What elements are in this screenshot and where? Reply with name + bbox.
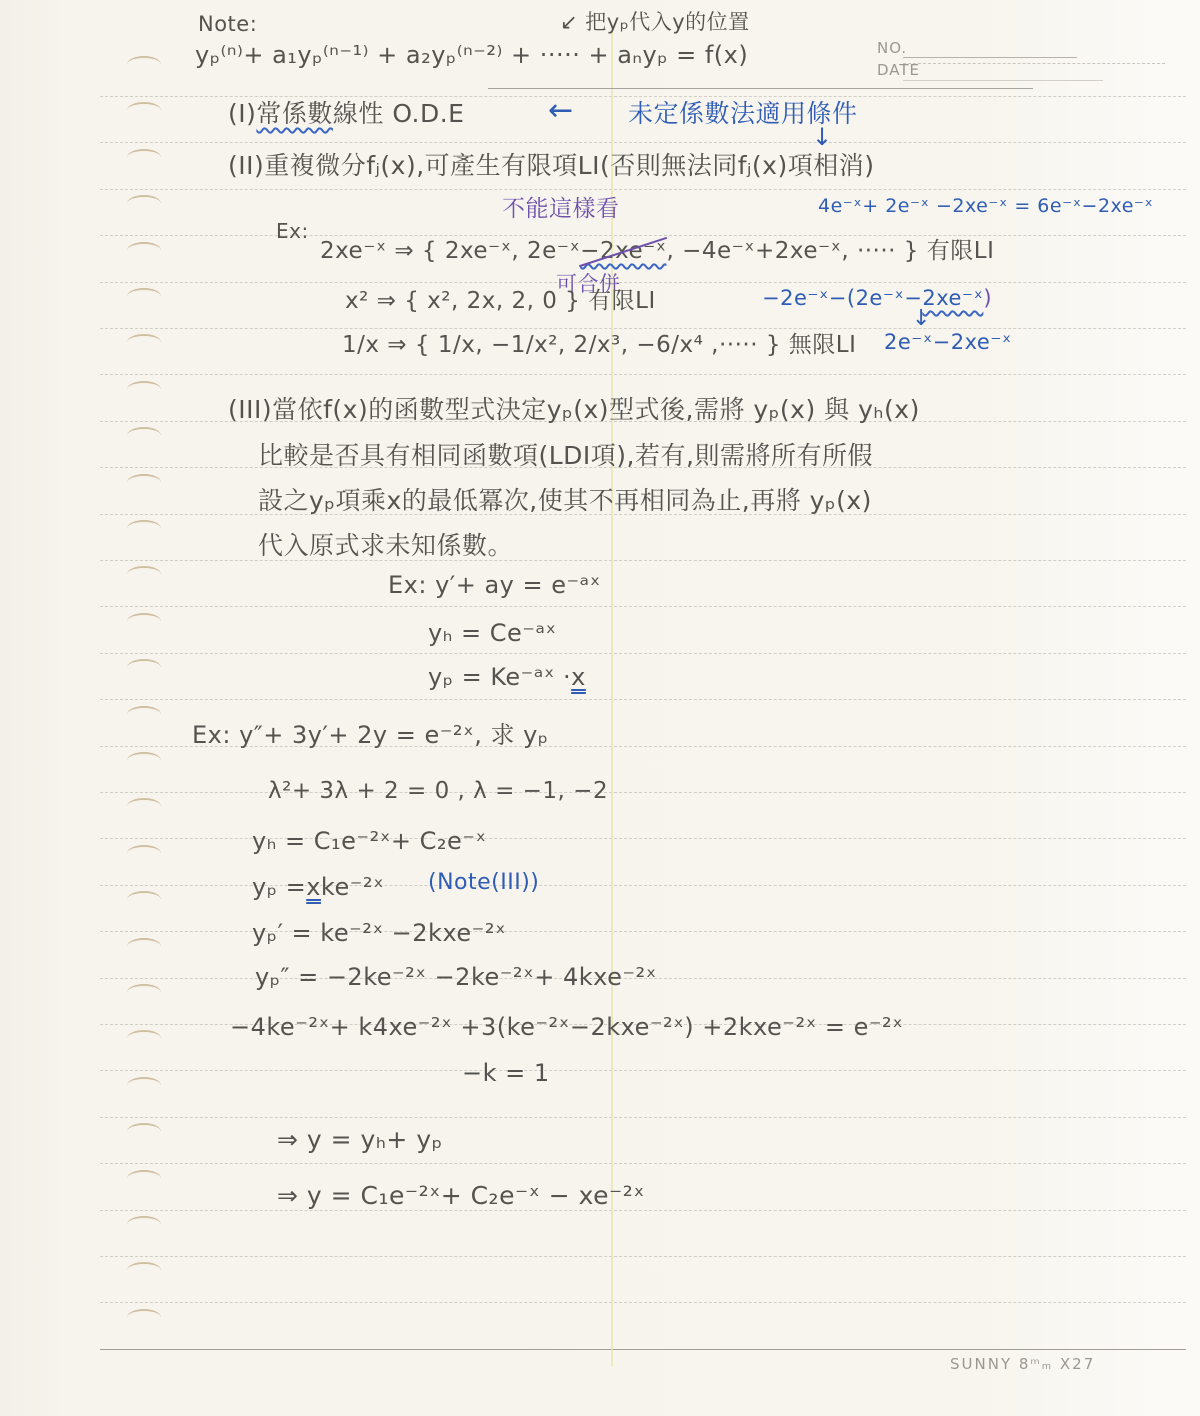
ruled-line [100, 328, 1186, 329]
ruled-line [100, 653, 1186, 654]
blue-simplification-1: 4e⁻ˣ+ 2e⁻ˣ −2xe⁻ˣ = 6e⁻ˣ−2xe⁻ˣ [818, 196, 1153, 218]
binder-arc [127, 659, 161, 676]
point-3-line-2: 比較是否具有相同函數項(LDI項),若有,則需將所有所假 [258, 442, 873, 471]
binder-arc [127, 1123, 161, 1140]
no-field-line [903, 57, 1077, 58]
no-label: NO. [877, 40, 907, 57]
ruled-line [100, 1349, 1186, 1350]
point-3-line-3: 設之yₚ項乘x的最低冪次,使其不再相同為止,再將 yₚ(x) [258, 487, 872, 516]
down-arrow-annotation: ↓ [812, 124, 833, 152]
binder-arc [127, 427, 161, 444]
ex4-yp-x-factor: x [571, 664, 586, 692]
ex4-yp-pre: yₚ = Ke⁻ᵃˣ · [428, 664, 571, 692]
left-arrow-annotation: ← [548, 94, 574, 129]
ex5-yp-pre: yₚ = [252, 874, 306, 902]
binder-arc [127, 102, 161, 119]
ruled-line [100, 1163, 1186, 1164]
ex5-yp-post: ke⁻²ˣ [321, 874, 384, 902]
binder-arc [127, 706, 161, 723]
point-1-keyword: 常係數 [256, 100, 333, 129]
binder-arc [127, 845, 161, 862]
formula-underline [488, 88, 1033, 89]
ex1-struck-term: −2xe⁻ˣ [580, 238, 666, 264]
ex4-equation: Ex: y′+ ay = e⁻ᵃˣ [388, 572, 601, 600]
binder-arc [127, 334, 161, 351]
binder-arc [127, 474, 161, 491]
binder-arc [127, 752, 161, 769]
ruled-line [100, 189, 1186, 190]
binder-arc [127, 288, 161, 305]
ruled-line [100, 699, 1186, 700]
ex4-particular: yₚ = Ke⁻ᵃˣ · x [428, 664, 586, 692]
ruled-line [100, 1256, 1186, 1257]
paper-brand-footer: SUNNY 8ᵐₘ X27 [950, 1356, 1095, 1373]
ex5-yp-x-factor: x [306, 874, 321, 902]
blue2-close-paren: ) [983, 286, 992, 310]
blue2-pre: −2e⁻ˣ−(2e⁻ˣ− [762, 286, 922, 310]
point-3-line-1: (III)當依f(x)的函數型式決定yₚ(x)型式後,需將 yₚ(x) 與 yₕ… [228, 396, 920, 425]
ruled-line [100, 235, 1186, 236]
ruled-line [100, 96, 1186, 97]
ruled-line [100, 1070, 1186, 1071]
ruled-line [100, 1117, 1186, 1118]
binder-arc [127, 195, 161, 212]
ex1-pre: 2xe⁻ˣ ⇒ { 2xe⁻ˣ, 2e⁻ˣ [320, 238, 580, 264]
ruled-line [100, 282, 1186, 283]
binder-arc [127, 56, 161, 73]
ex1-post: , −4e⁻ˣ+2xe⁻ˣ, ····· } 有限LI [666, 238, 994, 264]
ex5-characteristic: λ²+ 3λ + 2 = 0 , λ = −1, −2 [268, 778, 608, 804]
ex3-formula: 1/x ⇒ { 1/x, −1/x², 2/x³, −6/x⁴ ,····· }… [342, 332, 856, 358]
date-field-line [903, 80, 1103, 81]
blue2-wavy-term: 2xe⁻ˣ [922, 286, 983, 310]
binder-arc [127, 149, 161, 166]
ruled-line [100, 374, 1186, 375]
general-ode-formula: yₚ⁽ⁿ⁾+ a₁yₚ⁽ⁿ⁻¹⁾ + a₂yₚ⁽ⁿ⁻²⁾ + ····· + a… [195, 42, 748, 70]
result-general: ⇒ y = yₕ+ yₚ [277, 1126, 443, 1155]
cannot-view-note: 不能這樣看 [502, 196, 620, 222]
binder-arc [127, 1262, 161, 1279]
ex5-yp-double-prime: yₚ″ = −2ke⁻²ˣ −2ke⁻²ˣ+ 4kxe⁻²ˣ [255, 964, 657, 992]
ruled-line [100, 142, 1186, 143]
ex1-label: Ex: [276, 220, 309, 243]
ex5-note-ref: (Note(III)) [428, 870, 539, 895]
ex5-k-value: −k = 1 [462, 1060, 550, 1088]
date-label: DATE [877, 62, 920, 79]
blue-down-arrow: ↓ [912, 306, 931, 331]
blue-simplification-2: −2e⁻ˣ−(2e⁻ˣ−2xe⁻ˣ) [762, 286, 992, 310]
point-1-prefix: (I) [228, 100, 256, 129]
binder-arc [127, 613, 161, 630]
ex5-homogeneous: yₕ = C₁e⁻²ˣ+ C₂e⁻ˣ [252, 828, 487, 856]
binder-arc [127, 1309, 161, 1326]
ruled-line [100, 1302, 1186, 1303]
ruled-line [100, 606, 1186, 607]
ex1-formula: 2xe⁻ˣ ⇒ { 2xe⁻ˣ, 2e⁻ˣ−2xe⁻ˣ, −4e⁻ˣ+2xe⁻ˣ… [320, 238, 994, 264]
point-3-line-4: 代入原式求未知係數。 [258, 532, 513, 561]
binder-arc [127, 381, 161, 398]
yp-substitution-annotation: ↙ 把yₚ代入y的位置 [560, 10, 750, 34]
binder-arc [127, 984, 161, 1001]
binder-arc [127, 938, 161, 955]
binder-arc [127, 891, 161, 908]
binder-arc [127, 798, 161, 815]
ex5-yp-prime: yₚ′ = ke⁻²ˣ −2kxe⁻²ˣ [252, 920, 506, 948]
point-1-rest: 線性 O.D.E [333, 100, 465, 129]
binder-arc [127, 1030, 161, 1047]
note-title: Note: [198, 12, 257, 36]
binder-arc [127, 1170, 161, 1187]
result-final: ⇒ y = C₁e⁻²ˣ+ C₂e⁻ˣ − xe⁻²ˣ [277, 1182, 645, 1211]
ex5-equation: Ex: y″+ 3y′+ 2y = e⁻²ˣ, 求 yₚ [192, 722, 549, 750]
ex5-substitution: −4ke⁻²ˣ+ k4xe⁻²ˣ +3(ke⁻²ˣ−2kxe⁻²ˣ) +2kxe… [230, 1014, 903, 1042]
point-1: (I) 常係數線性 O.D.E [228, 100, 464, 129]
binder-arc [127, 1077, 161, 1094]
no-field-line-2 [903, 63, 1165, 64]
binder-arc [127, 566, 161, 583]
binder-arc [127, 520, 161, 537]
ex2-formula: x² ⇒ { x², 2x, 2, 0 } 有限LI [345, 288, 656, 314]
binder-arc [127, 1216, 161, 1233]
margin-guide-line [611, 26, 613, 1366]
binder-arc [127, 242, 161, 259]
point-2: (II)重複微分fⱼ(x),可產生有限項LI(否則無法同fⱼ(x)項相消) [228, 152, 874, 181]
blue-simplification-result: 2e⁻ˣ−2xe⁻ˣ [884, 330, 1012, 354]
ex4-homogeneous: yₕ = Ce⁻ᵃˣ [428, 620, 557, 648]
ex5-particular: yₚ = xke⁻²ˣ [252, 874, 384, 902]
ruled-line [100, 792, 1186, 793]
notebook-page: NO. DATE Note: ↙ 把yₚ代入y的位置 yₚ⁽ⁿ⁾+ a₁yₚ⁽ⁿ… [0, 0, 1200, 1416]
